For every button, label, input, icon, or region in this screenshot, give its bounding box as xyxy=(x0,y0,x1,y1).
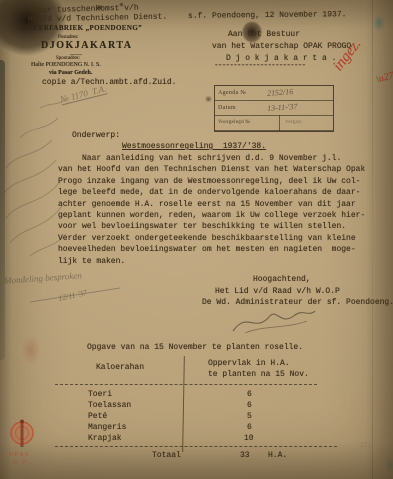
body-line: hoeveelheden bevloeiingswater om het mes… xyxy=(58,246,365,254)
signature-flourish xyxy=(225,303,320,339)
body-line: Progo inzake ingang van de Westmoessonre… xyxy=(58,178,365,186)
stamp-vergadering-label: Vergad. xyxy=(285,120,302,125)
body-line: van het Hoofd van den Technischen Dienst… xyxy=(58,166,365,174)
stamp-agenda-label: Agenda № xyxy=(218,90,246,96)
table-col1-header: Kaloerahan xyxy=(96,364,144,372)
body-line: voor wel bevloeiingswater ter beschikkin… xyxy=(58,223,365,231)
table-row-value: 6 xyxy=(247,424,252,432)
red-tick-mark: \u2713 xyxy=(375,69,393,86)
stamp-cell-divider xyxy=(279,115,280,131)
table-total-label: Totaal xyxy=(152,452,181,460)
corner-pencil-mark: 22 j xyxy=(360,442,371,449)
body-line: achter genoemde H.A. roselle eerst na 15… xyxy=(58,201,365,209)
table-row-name: Toeri xyxy=(88,391,112,399)
small-spot-3 xyxy=(203,94,214,104)
table-row-name: Toelassan xyxy=(88,402,131,410)
addressee-line-2: van het Waterschap OPAK PROGO xyxy=(212,43,351,51)
body-line: lijk te maken. xyxy=(58,258,365,266)
body-line: Verder verzoekt ondergeteekende beschikb… xyxy=(58,235,365,243)
letterhead-rail-label: Spooradres: xyxy=(56,56,80,61)
teal-spot-bottom-right xyxy=(384,455,393,475)
closing-line-1: Het Lid v/d Raad v/h W.O.P xyxy=(215,288,340,296)
archive-emblem xyxy=(6,418,40,452)
paper-crease xyxy=(372,0,373,479)
margin-note-stroke xyxy=(28,284,123,304)
dateline: s.f. Poendoeng, 12 November 1937. xyxy=(188,11,347,21)
archive-watermark-text: OPAK xyxy=(9,453,31,458)
body-line: Naar aanleiding van het schrijven d.d. 9… xyxy=(58,155,365,163)
table-row-value: 6 xyxy=(247,391,252,399)
agenda-stamp: Agenda № 2152/16 Datum 13-11-'37 Voorgel… xyxy=(214,85,334,132)
table-row-value: 5 xyxy=(247,413,252,421)
scanned-letter-page: Door tusschenkomst v/h Hoofd v/d Technis… xyxy=(0,0,393,479)
stamp-agenda-value: 2152/16 xyxy=(267,87,294,98)
body-line: geplant kunnen worden, reden, waarom ik … xyxy=(58,212,365,220)
subject-label: Onderwerp: xyxy=(72,132,120,140)
stamp-row-datum: Datum 13-11-'37 xyxy=(215,101,333,116)
table-caption: Opgave van na 15 November te planten ros… xyxy=(87,344,303,352)
teal-spot-top-right xyxy=(371,12,387,34)
table-col2-header-line1: Oppervlak in H.A. xyxy=(208,360,290,368)
table-rule-top xyxy=(55,384,317,385)
table-row-name: Mangeris xyxy=(88,424,126,432)
closing-salutation: Hoogachtend, xyxy=(253,276,311,284)
table-rule-bottom xyxy=(55,446,337,447)
stamp-datum-label: Datum xyxy=(218,105,236,111)
foxing-stain xyxy=(18,330,44,370)
stamp-datum-value: 13-11-'37 xyxy=(267,102,298,113)
table-row-value: 10 xyxy=(244,435,254,443)
stamp-row-agenda: Agenda № 2152/16 xyxy=(215,86,333,101)
letterhead-rail-line2: via Pasar Gedeh. xyxy=(49,70,92,76)
letterhead-factory-name: SUIKERFABRIEK „POENDOENG” xyxy=(20,25,142,32)
stamp-voorgelegd-label: Voorgelegd № xyxy=(218,120,251,125)
table-total-unit: H.A. xyxy=(268,452,287,460)
table-row-name: Peté xyxy=(88,413,107,421)
table-col2-header-line2: te planten na 15 Nov. xyxy=(208,371,309,379)
letterhead-city: DJOKJAKARTA xyxy=(41,41,133,51)
addressee-line-1: Aan het Bestuur xyxy=(228,31,300,39)
archive-watermark-text2: O P xyxy=(13,461,28,466)
copy-note: copie a/Techn.ambt.afd.Zuid. xyxy=(42,79,176,87)
table-row-value: 6 xyxy=(247,402,252,410)
subject-value: Westmoessonregeling 1937/'38. xyxy=(122,143,266,151)
addressee-underline: ------------------------ xyxy=(214,62,305,70)
table-column-divider xyxy=(182,356,185,452)
table-row-name: Krapjak xyxy=(88,435,122,443)
body-line: lege beleefd mede, dat in de ondervolgen… xyxy=(58,189,365,197)
routing-line-2: Hoofd v/d Technischen Dienst. xyxy=(28,14,167,25)
letterhead-rail-line1: Halte POENDOENG N. I. S. xyxy=(31,62,101,68)
letter-body: Naar aanleiding van het schrijven d.d. 9… xyxy=(58,155,365,266)
margin-scrawl xyxy=(0,98,70,258)
stamp-row-voorgelegd: Voorgelegd № Vergad. xyxy=(215,116,333,131)
table-total-value: 33 xyxy=(240,452,250,460)
